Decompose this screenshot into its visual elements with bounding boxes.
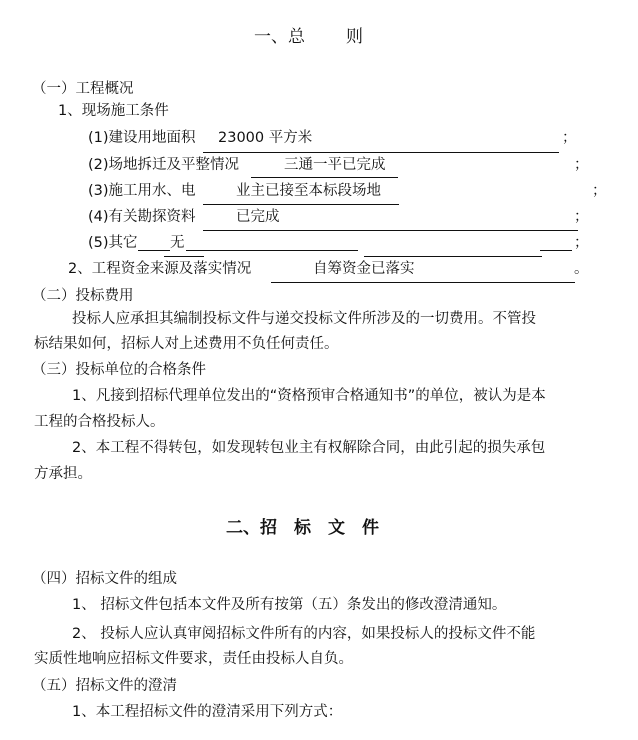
field-value-land-area: 23000 平方米: [218, 129, 312, 147]
field-label-other: (5)其它: [88, 234, 138, 252]
underline-other-lower-mid: [364, 256, 542, 257]
field-label-funding: 2、工程资金来源及落实情况: [68, 260, 251, 278]
field-label-demolition: (2)场地拆迁及平整情况: [88, 156, 239, 174]
field-value-survey-data: 已完成: [236, 208, 280, 226]
field-label-water-power: (3)施工用水、电: [88, 182, 196, 200]
underline-demolition: [251, 177, 398, 178]
field-end-demolition: ；: [574, 156, 589, 174]
subsection-heading-qualification: （三）投标单位的合格条件: [32, 361, 206, 379]
paragraph-bid-cost-line2: 标结果如何，招标人对上述费用不负任何责任。: [34, 335, 339, 353]
section-title-general-part1: 一、总: [254, 26, 305, 48]
subsection-heading-doc-composition: （四）招标文件的组成: [32, 570, 177, 588]
underline-water-power: [203, 204, 399, 205]
field-value-funding: 自筹资金已落实: [313, 260, 415, 278]
field-value-water-power: 业主已接至本标段场地: [236, 182, 381, 200]
underline-other-lower-left: [164, 256, 204, 257]
paragraph-doc-composition-2-line1: 2、 投标人应认真审阅招标文件所有的内容，如果投标人的投标文件不能: [72, 625, 535, 643]
section-title-bidding-documents: 二、招 标 文 件: [226, 517, 379, 539]
paragraph-qualification-2-line1: 2、本工程不得转包，如发现转包业主有权解除合同，由此引起的损失承包: [72, 439, 545, 457]
underline-land-area: [203, 152, 559, 153]
field-end-funding: 。: [574, 260, 589, 278]
field-value-demolition: 三通一平已完成: [284, 156, 386, 174]
subsection-heading-project-overview: （一）工程概况: [32, 80, 134, 98]
underline-other-suffix: [540, 250, 572, 251]
paragraph-doc-composition-2-line2: 实质性地响应招标文件要求，责任由投标人自负。: [34, 650, 353, 668]
paragraph-doc-clarification-1: 1、本工程招标文件的澄清采用下列方式：: [72, 703, 342, 721]
field-end-land-area: ；: [562, 129, 577, 147]
field-value-other: 无: [170, 234, 185, 252]
underline-survey-data: [203, 230, 578, 231]
subsection-heading-bid-cost: （二）投标费用: [32, 287, 134, 305]
field-end-survey-data: ；: [574, 208, 589, 226]
item-heading-site-conditions: 1、现场施工条件: [58, 102, 169, 120]
field-end-water-power: ；: [592, 182, 607, 200]
paragraph-doc-composition-1: 1、 招标文件包括本文件及所有按第（五）条发出的修改澄清通知。: [72, 596, 506, 614]
paragraph-qualification-1-line1: 1、凡接到招标代理单位发出的“资格预审合格通知书”的单位，被认为是本: [72, 387, 546, 405]
section-title-general-part2: 则: [346, 26, 363, 48]
paragraph-bid-cost-line1: 投标人应承担其编制投标文件与递交投标文件所涉及的一切费用。不管投: [72, 310, 536, 328]
field-end-other: ；: [574, 234, 589, 252]
field-label-land-area: (1)建设用地面积: [88, 129, 196, 147]
paragraph-qualification-1-line2: 工程的合格投标人。: [34, 413, 165, 431]
underline-other-prefix: [138, 250, 170, 251]
field-label-survey-data: (4)有关勘探资料: [88, 208, 196, 226]
paragraph-qualification-2-line2: 方承担。: [34, 465, 92, 483]
underline-funding: [271, 282, 575, 283]
subsection-heading-doc-clarification: （五）招标文件的澄清: [32, 677, 177, 695]
underline-other-value: [186, 250, 358, 251]
